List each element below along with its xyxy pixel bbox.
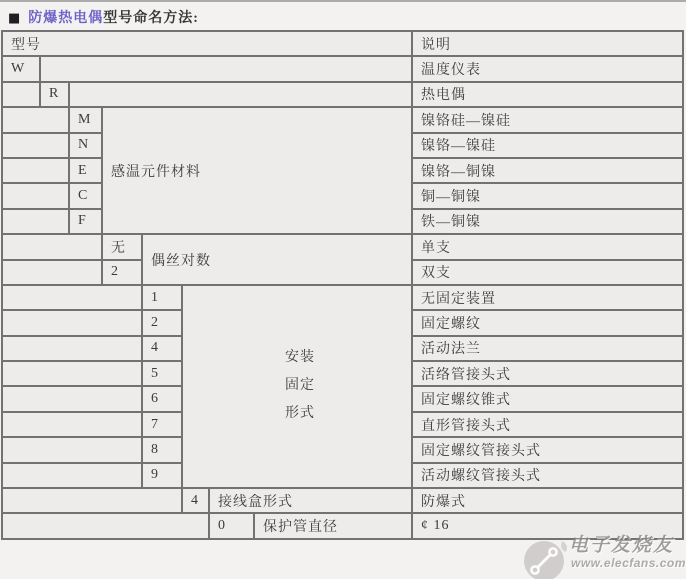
description-cell: 直形管接头式 [412,412,683,437]
code-cell: 4 [182,488,209,513]
description-cell: 热电偶 [412,82,683,107]
code-cell: 1 [142,285,182,310]
empty-cell [2,209,69,234]
description-column-header: 说明 [412,31,683,56]
code-cell: 2 [142,310,182,335]
empty-cell [2,260,102,285]
sensor-material-cell: 感温元件材料 [102,107,412,234]
mounting-type-line1: 安装 [191,344,409,372]
empty-cell [2,107,69,132]
code-cell: 4 [142,336,182,361]
code-cell: 6 [142,386,182,411]
code-cell: M [69,107,102,132]
description-cell: 活动法兰 [412,336,683,361]
description-cell: 镍铬硅—镍硅 [412,107,683,132]
empty-cell [2,285,142,310]
description-cell: ¢ 16 [412,513,683,538]
code-cell: R [40,82,69,107]
empty-cell [2,336,142,361]
watermark-url: www.elecfans.com [571,556,686,570]
empty-cell [2,82,40,107]
description-cell: 铜—铜镍 [412,183,683,208]
empty-cell [2,488,182,513]
empty-cell [69,82,412,107]
empty-cell [2,361,142,386]
code-cell: 5 [142,361,182,386]
empty-cell [2,183,69,208]
junction-box-cell: 接线盒形式 [209,488,412,513]
description-cell: 固定螺纹锥式 [412,386,683,411]
empty-cell [2,437,142,462]
wire-pairs-cell: 偶丝对数 [142,234,412,285]
code-cell: 7 [142,412,182,437]
code-cell: C [69,183,102,208]
description-cell: 固定螺纹 [412,310,683,335]
description-cell: 防爆式 [412,488,683,513]
model-column-header: 型号 [2,31,412,56]
empty-cell [2,133,69,158]
code-cell: W [2,56,40,81]
elecfans-logo-icon [522,538,568,579]
code-cell: 2 [102,260,142,285]
page: { "page": { "title_bullet": "■", "title_… [0,0,686,579]
empty-cell [2,158,69,183]
description-cell: 温度仪表 [412,56,683,81]
code-cell: E [69,158,102,183]
empty-cell [2,463,142,488]
mounting-type-cell: 安装 固定 形式 [182,285,412,488]
code-cell: N [69,133,102,158]
description-cell: 固定螺纹管接头式 [412,437,683,462]
description-cell: 单支 [412,234,683,259]
code-cell: 无 [102,234,142,259]
title-bullet-icon: ■ [8,11,21,26]
mounting-type-line2: 固定 [191,372,409,400]
description-cell: 活动螺纹管接头式 [412,463,683,488]
spec-table: 型号 说明 W 温度仪表 R 热电偶 M 感温元件材料 镍铬硅—镍硅 N 镍铬—… [1,30,684,540]
description-cell: 活络管接头式 [412,361,683,386]
description-cell: 镍铬—镍硅 [412,133,683,158]
mounting-type-line3: 形式 [191,400,409,428]
empty-cell [2,513,209,538]
empty-cell [2,386,142,411]
title-text: 型号命名方法: [103,11,199,26]
description-cell: 双支 [412,260,683,285]
empty-cell [2,234,102,259]
description-cell: 铁—铜镍 [412,209,683,234]
top-divider [0,0,686,2]
page-title: ■防爆热电偶型号命名方法: [8,7,199,27]
description-cell: 无固定装置 [412,285,683,310]
code-cell: 9 [142,463,182,488]
description-cell: 镍铬—铜镍 [412,158,683,183]
empty-cell [2,310,142,335]
empty-cell [2,412,142,437]
tube-diameter-cell: 保护管直径 [254,513,412,538]
code-cell: F [69,209,102,234]
code-cell: 8 [142,437,182,462]
empty-cell [40,56,412,81]
thermocouple-link[interactable]: 防爆热电偶 [28,11,103,26]
code-cell: 0 [209,513,254,538]
